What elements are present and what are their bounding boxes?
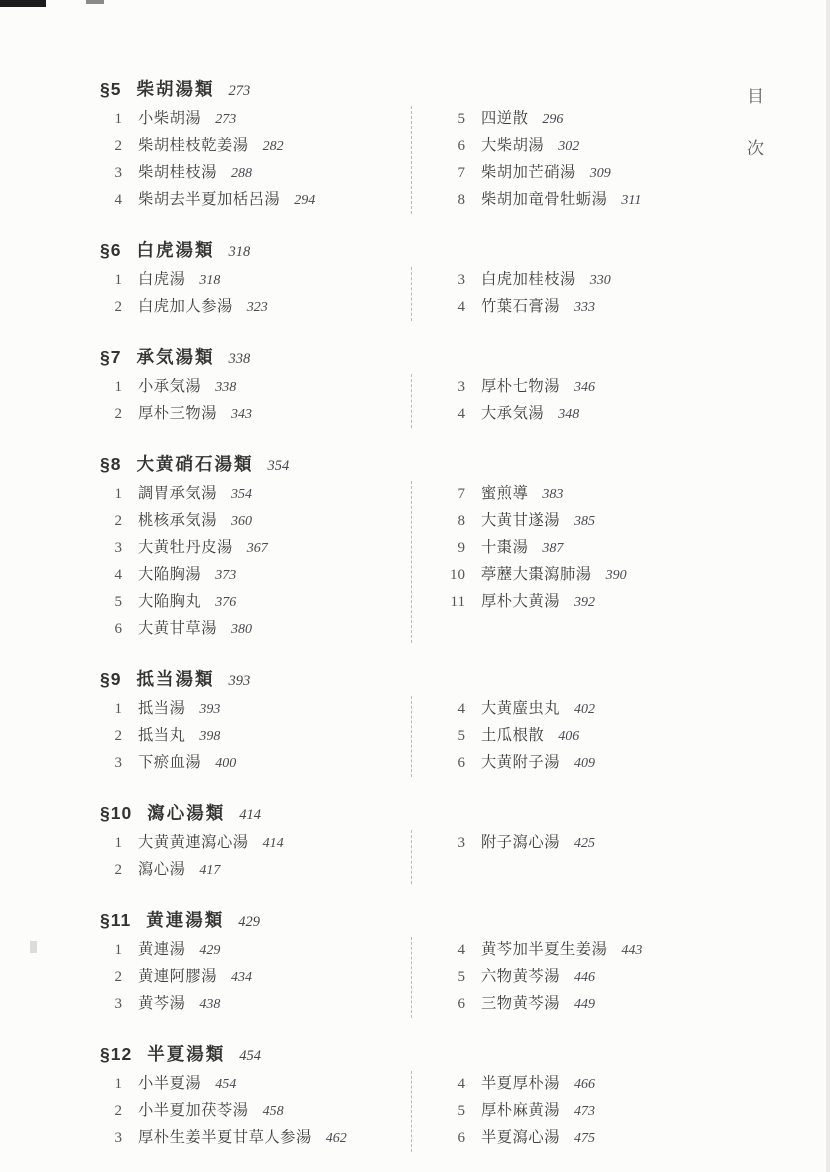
toc-entry: 1白虎湯318	[100, 267, 411, 294]
toc-section: §5柴胡湯類2731小柴胡湯2732柴胡桂枝乾姜湯2823柴胡桂枝湯2884柴胡…	[100, 76, 740, 214]
scan-edge-shade	[826, 0, 830, 1172]
toc-entry: 3厚朴生姜半夏甘草人参湯462	[100, 1125, 411, 1152]
entry-number: 7	[443, 165, 465, 182]
entry-title: 十棗湯	[481, 535, 528, 557]
entry-title: 六物黄芩湯	[481, 964, 560, 986]
entry-number: 9	[443, 540, 465, 557]
entry-page-number: 311	[621, 193, 641, 209]
entry-title: 大黄䗪虫丸	[481, 696, 560, 718]
section-columns: 1小半夏湯4542小半夏加茯苓湯4583厚朴生姜半夏甘草人参湯4624半夏厚朴湯…	[100, 1071, 740, 1152]
toc-entry: 5厚朴麻黄湯473	[443, 1098, 740, 1125]
entry-title: 桃核承気湯	[138, 508, 217, 530]
entry-number: 3	[443, 272, 465, 289]
right-column: 3厚朴七物湯3464大承気湯348	[411, 374, 740, 428]
toc-entry: 1大黄黄連瀉心湯414	[100, 830, 411, 857]
entry-number: 3	[100, 755, 122, 772]
entry-page-number: 390	[606, 568, 627, 584]
entry-number: 2	[100, 728, 122, 745]
entry-number: 1	[100, 1076, 122, 1093]
section-header: §5柴胡湯類273	[100, 76, 740, 106]
entry-page-number: 425	[574, 836, 595, 852]
section-id: §8	[100, 454, 121, 475]
left-column: 1大黄黄連瀉心湯4142瀉心湯417	[100, 830, 411, 884]
toc-title-char-1: 目	[747, 82, 764, 107]
entry-title: 大黄甘草湯	[138, 616, 217, 638]
scanned-toc-page: 目 次 §5柴胡湯類2731小柴胡湯2732柴胡桂枝乾姜湯2823柴胡桂枝湯28…	[0, 0, 830, 1172]
entry-title: 厚朴七物湯	[481, 374, 560, 396]
left-column: 1小半夏湯4542小半夏加茯苓湯4583厚朴生姜半夏甘草人参湯462	[100, 1071, 411, 1152]
entry-title: 瀉心湯	[138, 857, 185, 879]
entry-title: 厚朴生姜半夏甘草人参湯	[138, 1125, 312, 1147]
toc-entry: 1黄連湯429	[100, 937, 411, 964]
left-column: 1小承気湯3382厚朴三物湯343	[100, 374, 411, 428]
entry-number: 4	[443, 942, 465, 959]
entry-title: 半夏瀉心湯	[481, 1125, 560, 1147]
toc-entry: 2抵当丸398	[100, 723, 411, 750]
entry-number: 2	[100, 513, 122, 530]
entry-page-number: 273	[215, 112, 236, 128]
entry-number: 5	[443, 111, 465, 128]
entry-number: 5	[443, 1103, 465, 1120]
entry-title: 柴胡桂枝湯	[138, 160, 217, 182]
section-title: 承気湯類	[136, 344, 214, 369]
entry-page-number: 302	[558, 139, 579, 155]
entry-page-number: 296	[542, 112, 563, 128]
entry-title: 小承気湯	[138, 374, 201, 396]
entry-title: 大黄甘遂湯	[481, 508, 560, 530]
entry-page-number: 330	[590, 273, 611, 289]
entry-title: 小半夏加茯苓湯	[138, 1098, 249, 1120]
entry-page-number: 282	[263, 139, 284, 155]
section-columns: 1小承気湯3382厚朴三物湯3433厚朴七物湯3464大承気湯348	[100, 374, 740, 428]
toc-entry: 2柴胡桂枝乾姜湯282	[100, 133, 411, 160]
entry-page-number: 383	[542, 487, 563, 503]
entry-page-number: 376	[215, 595, 236, 611]
entry-number: 8	[443, 513, 465, 530]
entry-page-number: 373	[215, 568, 236, 584]
left-column: 1小柴胡湯2732柴胡桂枝乾姜湯2823柴胡桂枝湯2884柴胡去半夏加栝呂湯29…	[100, 106, 411, 214]
entry-number: 3	[100, 540, 122, 557]
left-column: 1黄連湯4292黄連阿膠湯4343黄芩湯438	[100, 937, 411, 1018]
toc-entry: 7蜜煎導383	[443, 481, 740, 508]
section-header: §6白虎湯類318	[100, 237, 740, 267]
entry-number: 3	[100, 1130, 122, 1147]
section-id: §9	[100, 669, 121, 690]
left-column: 1抵当湯3932抵当丸3983下瘀血湯400	[100, 696, 411, 777]
toc-entry: 2厚朴三物湯343	[100, 401, 411, 428]
section-page-number: 429	[238, 914, 260, 931]
toc-section: §12半夏湯類4541小半夏湯4542小半夏加茯苓湯4583厚朴生姜半夏甘草人参…	[100, 1041, 740, 1152]
entry-number: 4	[443, 299, 465, 316]
toc-entry: 3黄芩湯438	[100, 991, 411, 1018]
entry-number: 6	[443, 996, 465, 1013]
entry-title: 大承気湯	[481, 401, 544, 423]
entry-number: 6	[443, 755, 465, 772]
section-title: 抵当湯類	[136, 666, 214, 691]
section-columns: 1小柴胡湯2732柴胡桂枝乾姜湯2823柴胡桂枝湯2884柴胡去半夏加栝呂湯29…	[100, 106, 740, 214]
entry-title: 黄芩加半夏生姜湯	[481, 937, 607, 959]
entry-title: 調胃承気湯	[138, 481, 217, 503]
entry-page-number: 462	[326, 1131, 347, 1147]
section-id: §5	[100, 79, 121, 100]
entry-title: 小柴胡湯	[138, 106, 201, 128]
section-columns: 1白虎湯3182白虎加人参湯3233白虎加桂枝湯3304竹葉石膏湯333	[100, 267, 740, 321]
entry-number: 3	[443, 835, 465, 852]
entry-number: 4	[443, 406, 465, 423]
toc-entry: 2小半夏加茯苓湯458	[100, 1098, 411, 1125]
section-header: §12半夏湯類454	[100, 1041, 740, 1071]
entry-number: 5	[443, 969, 465, 986]
entry-page-number: 294	[294, 193, 315, 209]
entry-page-number: 318	[199, 273, 220, 289]
entry-title: 黄連湯	[138, 937, 185, 959]
toc-entry: 3大黄牡丹皮湯367	[100, 535, 411, 562]
entry-number: 1	[100, 111, 122, 128]
section-header: §9抵当湯類393	[100, 666, 740, 696]
entry-page-number: 409	[574, 756, 595, 772]
entry-number: 6	[100, 621, 122, 638]
entry-title: 大黄黄連瀉心湯	[138, 830, 249, 852]
section-page-number: 318	[228, 244, 250, 261]
toc-entry: 1小柴胡湯273	[100, 106, 411, 133]
entry-title: 厚朴麻黄湯	[481, 1098, 560, 1120]
toc-entry: 6大黄附子湯409	[443, 750, 740, 777]
entry-page-number: 392	[574, 595, 595, 611]
entry-number: 2	[100, 969, 122, 986]
entry-number: 5	[100, 594, 122, 611]
right-column: 3附子瀉心湯425	[411, 830, 740, 884]
toc-sections: §5柴胡湯類2731小柴胡湯2732柴胡桂枝乾姜湯2823柴胡桂枝湯2884柴胡…	[100, 76, 740, 1172]
toc-entry: 6大黄甘草湯380	[100, 616, 411, 643]
toc-entry: 5大陥胸丸376	[100, 589, 411, 616]
entry-page-number: 458	[263, 1104, 284, 1120]
entry-number: 8	[443, 192, 465, 209]
section-title: 白虎湯類	[136, 237, 214, 262]
entry-number: 1	[100, 379, 122, 396]
section-header: §10瀉心湯類414	[100, 800, 740, 830]
section-page-number: 414	[239, 807, 261, 824]
toc-entry: 1小承気湯338	[100, 374, 411, 401]
entry-title: 葶藶大棗瀉肺湯	[481, 562, 592, 584]
entry-page-number: 406	[558, 729, 579, 745]
section-columns: 1大黄黄連瀉心湯4142瀉心湯4173附子瀉心湯425	[100, 830, 740, 884]
section-header: §11黄連湯類429	[100, 907, 740, 937]
entry-title: 小半夏湯	[138, 1071, 201, 1093]
toc-entry: 3白虎加桂枝湯330	[443, 267, 740, 294]
toc-entry: 1調胃承気湯354	[100, 481, 411, 508]
toc-entry: 2黄連阿膠湯434	[100, 964, 411, 991]
toc-entry: 1小半夏湯454	[100, 1071, 411, 1098]
toc-entry: 6半夏瀉心湯475	[443, 1125, 740, 1152]
entry-page-number: 473	[574, 1104, 595, 1120]
toc-vertical-title: 目 次	[747, 82, 764, 159]
toc-entry: 6三物黄芩湯449	[443, 991, 740, 1018]
entry-title: 大黄附子湯	[481, 750, 560, 772]
entry-title: 柴胡桂枝乾姜湯	[138, 133, 249, 155]
section-page-number: 393	[228, 673, 250, 690]
toc-entry: 5六物黄芩湯446	[443, 964, 740, 991]
entry-title: 厚朴大黄湯	[481, 589, 560, 611]
toc-entry: 4大黄䗪虫丸402	[443, 696, 740, 723]
entry-page-number: 288	[231, 166, 252, 182]
section-page-number: 454	[239, 1048, 261, 1065]
entry-number: 2	[100, 1103, 122, 1120]
entry-page-number: 393	[199, 702, 220, 718]
section-title: 大黄硝石湯類	[136, 451, 253, 476]
section-title: 黄連湯類	[146, 907, 224, 932]
entry-number: 2	[100, 406, 122, 423]
section-page-number: 354	[267, 458, 289, 475]
entry-number: 1	[100, 272, 122, 289]
section-page-number: 273	[228, 83, 250, 100]
entry-page-number: 400	[215, 756, 236, 772]
scan-artifact-top-left	[0, 0, 46, 7]
entry-page-number: 338	[215, 380, 236, 396]
entry-number: 2	[100, 299, 122, 316]
entry-title: 抵当丸	[138, 723, 185, 745]
entry-page-number: 346	[574, 380, 595, 396]
entry-number: 3	[443, 379, 465, 396]
section-id: §10	[100, 803, 132, 824]
entry-number: 1	[100, 701, 122, 718]
toc-entry: 2桃核承気湯360	[100, 508, 411, 535]
entry-number: 1	[100, 942, 122, 959]
entry-page-number: 380	[231, 622, 252, 638]
section-header: §8大黄硝石湯類354	[100, 451, 740, 481]
toc-entry: 4柴胡去半夏加栝呂湯294	[100, 187, 411, 214]
entry-page-number: 354	[231, 487, 252, 503]
entry-page-number: 385	[574, 514, 595, 530]
entry-title: 蜜煎導	[481, 481, 528, 503]
toc-section: §6白虎湯類3181白虎湯3182白虎加人参湯3233白虎加桂枝湯3304竹葉石…	[100, 237, 740, 321]
toc-entry: 3柴胡桂枝湯288	[100, 160, 411, 187]
entry-title: 柴胡加竜骨牡蛎湯	[481, 187, 607, 209]
entry-title: 白虎湯	[138, 267, 185, 289]
toc-entry: 1抵当湯393	[100, 696, 411, 723]
toc-section: §10瀉心湯類4141大黄黄連瀉心湯4142瀉心湯4173附子瀉心湯425	[100, 800, 740, 884]
section-page-number: 338	[228, 351, 250, 368]
entry-page-number: 449	[574, 997, 595, 1013]
section-header: §7承気湯類338	[100, 344, 740, 374]
entry-title: 附子瀉心湯	[481, 830, 560, 852]
entry-title: 黄芩湯	[138, 991, 185, 1013]
entry-title: 柴胡加芒硝湯	[481, 160, 576, 182]
entry-title: 四逆散	[481, 106, 528, 128]
toc-entry: 3厚朴七物湯346	[443, 374, 740, 401]
right-column: 4大黄䗪虫丸4025土瓜根散4066大黄附子湯409	[411, 696, 740, 777]
entry-number: 11	[443, 594, 465, 611]
entry-number: 2	[100, 862, 122, 879]
entry-number: 4	[100, 192, 122, 209]
section-title: 柴胡湯類	[136, 76, 214, 101]
entry-page-number: 360	[231, 514, 252, 530]
entry-title: 厚朴三物湯	[138, 401, 217, 423]
entry-number: 6	[443, 138, 465, 155]
toc-entry: 8大黄甘遂湯385	[443, 508, 740, 535]
entry-page-number: 348	[558, 407, 579, 423]
toc-entry: 2瀉心湯417	[100, 857, 411, 884]
entry-page-number: 333	[574, 300, 595, 316]
toc-entry: 10葶藶大棗瀉肺湯390	[443, 562, 740, 589]
entry-page-number: 398	[199, 729, 220, 745]
right-column: 5四逆散2966大柴胡湯3027柴胡加芒硝湯3098柴胡加竜骨牡蛎湯311	[411, 106, 740, 214]
section-id: §6	[100, 240, 121, 261]
toc-section: §7承気湯類3381小承気湯3382厚朴三物湯3433厚朴七物湯3464大承気湯…	[100, 344, 740, 428]
left-column: 1調胃承気湯3542桃核承気湯3603大黄牡丹皮湯3674大陥胸湯3735大陥胸…	[100, 481, 411, 643]
entry-number: 7	[443, 486, 465, 503]
right-column: 7蜜煎導3838大黄甘遂湯3859十棗湯38710葶藶大棗瀉肺湯39011厚朴大…	[411, 481, 740, 643]
entry-number: 5	[443, 728, 465, 745]
toc-entry: 4大陥胸湯373	[100, 562, 411, 589]
entry-number: 1	[100, 486, 122, 503]
section-columns: 1黄連湯4292黄連阿膠湯4343黄芩湯4384黄芩加半夏生姜湯4435六物黄芩…	[100, 937, 740, 1018]
section-id: §7	[100, 347, 121, 368]
entry-page-number: 417	[199, 863, 220, 879]
entry-title: 三物黄芩湯	[481, 991, 560, 1013]
entry-number: 3	[100, 165, 122, 182]
entry-page-number: 387	[542, 541, 563, 557]
entry-title: 抵当湯	[138, 696, 185, 718]
right-column: 3白虎加桂枝湯3304竹葉石膏湯333	[411, 267, 740, 321]
entry-title: 大柴胡湯	[481, 133, 544, 155]
entry-page-number: 443	[621, 943, 642, 959]
toc-entry: 3附子瀉心湯425	[443, 830, 740, 857]
entry-number: 2	[100, 138, 122, 155]
entry-page-number: 438	[199, 997, 220, 1013]
right-column: 4半夏厚朴湯4665厚朴麻黄湯4736半夏瀉心湯475	[411, 1071, 740, 1152]
toc-entry: 4半夏厚朴湯466	[443, 1071, 740, 1098]
toc-entry: 2白虎加人参湯323	[100, 294, 411, 321]
left-column: 1白虎湯3182白虎加人参湯323	[100, 267, 411, 321]
entry-title: 大黄牡丹皮湯	[138, 535, 233, 557]
entry-title: 半夏厚朴湯	[481, 1071, 560, 1093]
toc-section: §8大黄硝石湯類3541調胃承気湯3542桃核承気湯3603大黄牡丹皮湯3674…	[100, 451, 740, 643]
entry-title: 柴胡去半夏加栝呂湯	[138, 187, 280, 209]
entry-page-number: 434	[231, 970, 252, 986]
entry-page-number: 454	[215, 1077, 236, 1093]
entry-title: 大陥胸丸	[138, 589, 201, 611]
entry-number: 1	[100, 835, 122, 852]
entry-title: 白虎加桂枝湯	[481, 267, 576, 289]
entry-number: 10	[443, 567, 465, 584]
section-id: §12	[100, 1044, 132, 1065]
toc-entry: 5土瓜根散406	[443, 723, 740, 750]
toc-section: §11黄連湯類4291黄連湯4292黄連阿膠湯4343黄芩湯4384黄芩加半夏生…	[100, 907, 740, 1018]
entry-page-number: 414	[263, 836, 284, 852]
toc-entry: 4大承気湯348	[443, 401, 740, 428]
entry-page-number: 367	[247, 541, 268, 557]
toc-entry: 5四逆散296	[443, 106, 740, 133]
entry-title: 白虎加人参湯	[138, 294, 233, 316]
entry-title: 下瘀血湯	[138, 750, 201, 772]
toc-entry: 4黄芩加半夏生姜湯443	[443, 937, 740, 964]
entry-title: 土瓜根散	[481, 723, 544, 745]
entry-number: 4	[443, 1076, 465, 1093]
section-columns: 1抵当湯3932抵当丸3983下瘀血湯4004大黄䗪虫丸4025土瓜根散4066…	[100, 696, 740, 777]
entry-page-number: 323	[247, 300, 268, 316]
toc-entry: 11厚朴大黄湯392	[443, 589, 740, 616]
entry-page-number: 475	[574, 1131, 595, 1147]
toc-title-char-2: 次	[747, 134, 764, 159]
entry-page-number: 309	[590, 166, 611, 182]
entry-title: 黄連阿膠湯	[138, 964, 217, 986]
toc-entry: 6大柴胡湯302	[443, 133, 740, 160]
toc-entry: 8柴胡加竜骨牡蛎湯311	[443, 187, 740, 214]
section-title: 半夏湯類	[147, 1041, 225, 1066]
entry-number: 4	[100, 567, 122, 584]
section-id: §11	[100, 910, 131, 931]
scan-artifact-dot	[30, 941, 37, 953]
section-columns: 1調胃承気湯3542桃核承気湯3603大黄牡丹皮湯3674大陥胸湯3735大陥胸…	[100, 481, 740, 643]
entry-title: 大陥胸湯	[138, 562, 201, 584]
toc-entry: 3下瘀血湯400	[100, 750, 411, 777]
section-title: 瀉心湯類	[147, 800, 225, 825]
toc-entry: 9十棗湯387	[443, 535, 740, 562]
entry-page-number: 466	[574, 1077, 595, 1093]
toc-section: §9抵当湯類3931抵当湯3932抵当丸3983下瘀血湯4004大黄䗪虫丸402…	[100, 666, 740, 777]
entry-page-number: 343	[231, 407, 252, 423]
entry-number: 3	[100, 996, 122, 1013]
entry-page-number: 429	[199, 943, 220, 959]
right-column: 4黄芩加半夏生姜湯4435六物黄芩湯4466三物黄芩湯449	[411, 937, 740, 1018]
entry-title: 竹葉石膏湯	[481, 294, 560, 316]
toc-entry: 7柴胡加芒硝湯309	[443, 160, 740, 187]
entry-number: 4	[443, 701, 465, 718]
scan-artifact-smudge	[86, 0, 104, 4]
entry-page-number: 402	[574, 702, 595, 718]
entry-page-number: 446	[574, 970, 595, 986]
entry-number: 6	[443, 1130, 465, 1147]
toc-entry: 4竹葉石膏湯333	[443, 294, 740, 321]
